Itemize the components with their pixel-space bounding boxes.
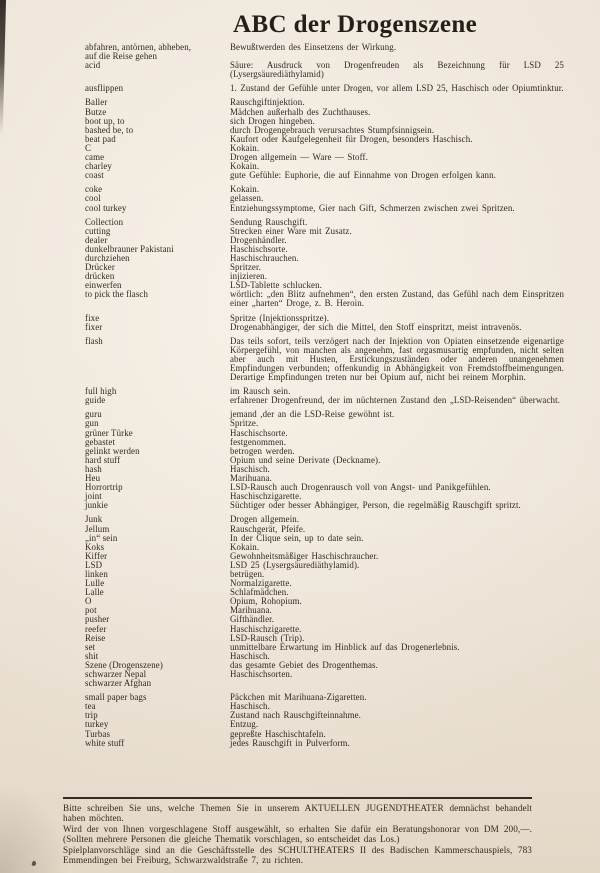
- glossary-row: gun Spritze.: [85, 419, 564, 428]
- glossary-term: O: [85, 597, 230, 606]
- scan-edge-shadow: [0, 0, 6, 135]
- scanned-document-page: ABC der Drogenszene abfahren, antörnen, …: [0, 0, 600, 873]
- glossary-row: Lalle Schlafmädchen.: [85, 588, 564, 597]
- glossary-term: hard stuff: [85, 456, 230, 465]
- glossary-definition: jedes Rauschgift in Pulverform.: [230, 739, 564, 748]
- glossary-term: full high: [85, 387, 230, 396]
- glossary-definition: Spritzer.: [230, 263, 564, 272]
- footer-paragraph: Spielplanvorschläge sind an die Geschäft…: [63, 845, 532, 866]
- glossary-definition: Bewußtwerden des Einsetzens der Wirkung.: [230, 43, 564, 52]
- glossary-row: schwarzer Nepal schwarzer Afghan Haschis…: [85, 670, 564, 688]
- footer-paragraph: Wird der von Ihnen vorgeschlagene Stoff …: [63, 824, 532, 845]
- glossary-row: hard stuff Opium und seine Derivate (Dec…: [85, 456, 564, 465]
- glossary-row: durchziehen Haschischrauchen.: [85, 254, 564, 263]
- glossary-definition: Päckchen mit Marihuana-Zigaretten.: [230, 693, 564, 702]
- glossary-definition: Haschischsorten.: [230, 670, 564, 679]
- glossary-row: grüner Türke Haschischsorte.: [85, 429, 564, 438]
- glossary-term: C: [85, 144, 230, 153]
- glossary-term: small paper bags: [85, 693, 230, 702]
- glossary-row: „in“ sein In der Clique sein, up to date…: [85, 534, 564, 543]
- glossary-term: guide: [85, 396, 230, 405]
- glossary-term: white stuff: [85, 739, 230, 748]
- glossary-row: Drücker Spritzer.: [85, 263, 564, 272]
- glossary-term: acid: [85, 61, 230, 70]
- glossary-row: acid Säure: Ausdruck von Drogenfreuden a…: [85, 61, 564, 79]
- glossary-definition: LSD 25 (Lysergsäurediäthylamid).: [230, 561, 564, 570]
- glossary-row: cutting Strecken einer Ware mit Zusatz.: [85, 227, 564, 236]
- glossary-row: pusher Gifthändler.: [85, 615, 564, 624]
- glossary-term: linken: [85, 570, 230, 579]
- glossary-list: abfahren, antörnen, abheben, auf die Rei…: [85, 43, 564, 748]
- glossary-row: linken betrügen.: [85, 570, 564, 579]
- glossary-definition: Das teils sofort, teils verzögert nach d…: [230, 337, 564, 382]
- glossary-definition: Haschisch.: [230, 465, 564, 474]
- glossary-definition: Drogen allgemein — Ware — Stoff.: [230, 153, 564, 162]
- glossary-row: guide erfahrener Drogenfreund, der im nü…: [85, 396, 564, 405]
- glossary-row: O Opium, Rohopium.: [85, 597, 564, 606]
- glossary-row: hash Haschisch.: [85, 465, 564, 474]
- glossary-term: cool turkey: [85, 204, 230, 213]
- glossary-term: beat pad: [85, 135, 230, 144]
- glossary-term: Lalle: [85, 588, 230, 597]
- glossary-definition: Zustand nach Rauschgifteinnahme.: [230, 711, 564, 720]
- scan-corner-shadow: [0, 783, 70, 873]
- glossary-row: came Drogen allgemein — Ware — Stoff.: [85, 153, 564, 162]
- glossary-definition: Kokain.: [230, 185, 564, 194]
- glossary-definition: Haschischrauchen.: [230, 254, 564, 263]
- glossary-definition: unmittelbare Erwartung im Hinblick auf d…: [230, 643, 564, 652]
- glossary-term: Kiffer: [85, 552, 230, 561]
- glossary-row: Szene (Drogenszene) das gesamte Gebiet d…: [85, 661, 564, 670]
- glossary-term: flash: [85, 337, 230, 346]
- glossary-row: set unmittelbare Erwartung im Hinblick a…: [85, 643, 564, 652]
- glossary-definition: Süchtiger oder besser Abhängiger, Person…: [230, 501, 564, 510]
- glossary-term: guru: [85, 410, 230, 419]
- glossary-definition: erfahrener Drogenfreund, der im nüchtern…: [230, 396, 564, 405]
- glossary-term: set: [85, 643, 230, 652]
- glossary-definition: jemand ,der an die LSD-Reise gewöhnt ist…: [230, 410, 564, 419]
- glossary-row: beat pad Kaufort oder Kaufgelegenheit fü…: [85, 135, 564, 144]
- glossary-row: LSD LSD 25 (Lysergsäurediäthylamid).: [85, 561, 564, 570]
- glossary-term: ausflippen: [85, 84, 230, 93]
- glossary-row: abfahren, antörnen, abheben, auf die Rei…: [85, 43, 564, 61]
- glossary-term: reefer: [85, 625, 230, 634]
- glossary-definition: Kaufort oder Kaufgelegenheit für Drogen,…: [230, 135, 564, 144]
- glossary-term: Lulle: [85, 579, 230, 588]
- glossary-row: cool turkey Entziehungssymptome, Gier na…: [85, 204, 564, 213]
- glossary-row: to pick the flasch wörtlich: „den Blitz …: [85, 290, 564, 308]
- glossary-definition: Säure: Ausdruck von Drogenfreuden als Be…: [230, 61, 564, 79]
- glossary-row: reefer Haschischzigarette.: [85, 625, 564, 634]
- glossary-term: charley: [85, 162, 230, 171]
- glossary-row: junkie Süchtiger oder besser Abhängiger,…: [85, 501, 564, 510]
- glossary-term: Baller: [85, 98, 230, 107]
- glossary-row: dunkelbrauner Pakistani Haschischsorte.: [85, 245, 564, 254]
- glossary-row: gebastet festgenommen.: [85, 438, 564, 447]
- divider-rule: [63, 797, 532, 799]
- glossary-term: Horrortrip: [85, 483, 230, 492]
- glossary-row: Butze Mädchen außerhalb des Zuchthauses.: [85, 108, 564, 117]
- glossary-row: white stuff jedes Rauschgift in Pulverfo…: [85, 739, 564, 748]
- glossary-row: Horrortrip LSD-Rausch auch Drogenrausch …: [85, 483, 564, 492]
- glossary-term: abfahren, antörnen, abheben, auf die Rei…: [85, 43, 230, 61]
- glossary-term: fixer: [85, 323, 230, 332]
- footer-paragraph: Bitte schreiben Sie uns, welche Themen S…: [63, 803, 532, 824]
- glossary-row: pot Marihuana.: [85, 606, 564, 615]
- glossary-definition: 1. Zustand der Gefühle unter Drogen, vor…: [230, 84, 564, 93]
- glossary-term: to pick the flasch: [85, 290, 230, 299]
- glossary-row: Lulle Normalzigarette.: [85, 579, 564, 588]
- glossary-term: hash: [85, 465, 230, 474]
- glossary-definition: Entziehungssymptome, Gier nach Gift, Sch…: [230, 204, 564, 213]
- glossary-row: drücken injizieren.: [85, 272, 564, 281]
- page-title: ABC der Drogenszene: [233, 11, 477, 38]
- glossary-row: Junk Drogen allgemein.: [85, 515, 564, 524]
- glossary-row: guru jemand ,der an die LSD-Reise gewöhn…: [85, 410, 564, 419]
- glossary-term: pusher: [85, 615, 230, 624]
- glossary-row: trip Zustand nach Rauschgifteinnahme.: [85, 711, 564, 720]
- glossary-definition: Drogenabhängiger, der sich die Mittel, d…: [230, 323, 564, 332]
- glossary-term: tea: [85, 702, 230, 711]
- glossary-row: flash Das teils sofort, teils verzögert …: [85, 337, 564, 382]
- glossary-row: coke Kokain.: [85, 185, 564, 194]
- glossary-row: fixer Drogenabhängiger, der sich die Mit…: [85, 323, 564, 332]
- footer-paragraphs: Bitte schreiben Sie uns, welche Themen S…: [63, 803, 532, 865]
- glossary-definition: Opium, Rohopium.: [230, 597, 564, 606]
- glossary-definition: In der Clique sein, up to date sein.: [230, 534, 564, 543]
- glossary-term: fixe: [85, 314, 230, 323]
- glossary-term: schwarzer Nepal schwarzer Afghan: [85, 670, 230, 688]
- glossary-term: junkie: [85, 501, 230, 510]
- glossary-term: coast: [85, 171, 230, 180]
- glossary-row: coast gute Gefühle: Euphorie, die auf Ei…: [85, 171, 564, 180]
- glossary-definition: Opium und seine Derivate (Deckname).: [230, 456, 564, 465]
- glossary-definition: wörtlich: „den Blitz aufnehmen“, den ers…: [230, 290, 564, 308]
- glossary-term: Reise: [85, 634, 230, 643]
- glossary-term: coke: [85, 185, 230, 194]
- glossary-row: small paper bags Päckchen mit Marihuana-…: [85, 693, 564, 702]
- glossary-term: „in“ sein: [85, 534, 230, 543]
- footer-note: Bitte schreiben Sie uns, welche Themen S…: [63, 797, 532, 865]
- glossary-row: ausflippen 1. Zustand der Gefühle unter …: [85, 84, 564, 93]
- glossary-definition: gute Gefühle: Euphorie, die auf Einnahme…: [230, 171, 564, 180]
- glossary-definition: Marihuana.: [230, 606, 564, 615]
